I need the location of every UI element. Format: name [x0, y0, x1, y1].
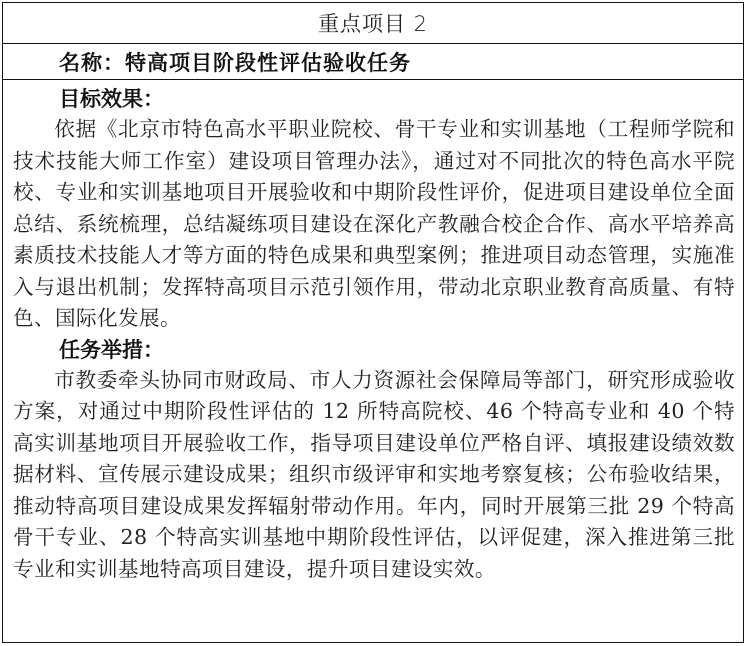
project-table: 重点项目 2 名称：特高项目阶段性评估验收任务 目标效果： 依据《北京市特色高水… — [2, 2, 744, 643]
section-paragraph-goals: 依据《北京市特色高水平职业院校、骨干专业和实训基地（工程师学院和技术技能大师工作… — [13, 114, 735, 335]
project-body: 目标效果： 依据《北京市特色高水平职业院校、骨干专业和实训基地（工程师学院和技术… — [3, 80, 743, 585]
section-heading-goals: 目标效果： — [13, 84, 735, 114]
section-heading-measures: 任务举措： — [13, 335, 735, 365]
project-title: 重点项目 2 — [3, 3, 743, 44]
section-paragraph-measures: 市教委牵头协同市财政局、市人力资源社会保障局等部门，研究形成验收方案，对通过中期… — [13, 365, 735, 586]
project-name: 名称：特高项目阶段性评估验收任务 — [3, 44, 743, 80]
